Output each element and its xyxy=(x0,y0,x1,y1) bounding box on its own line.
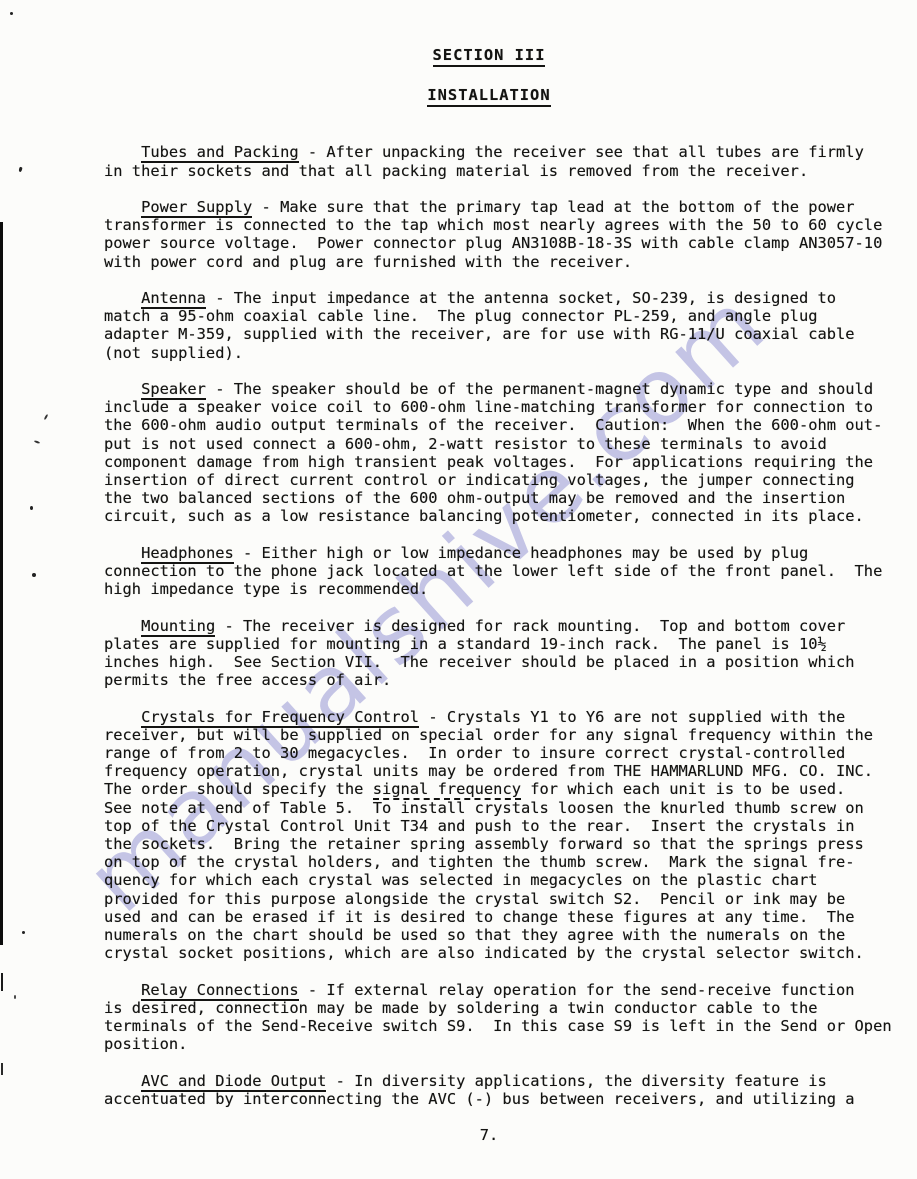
paragraph-heading: Power Supply xyxy=(141,198,252,218)
paragraph-heading: Headphones xyxy=(141,544,234,564)
paragraph-heading: Crystals for Frequency Control xyxy=(141,708,419,728)
scan-speck xyxy=(18,167,22,173)
scan-speck xyxy=(44,414,49,420)
paragraph-tubes-and-packing: Tubes and Packing - After unpacking the … xyxy=(104,143,904,179)
page-title: INSTALLATION xyxy=(427,86,550,107)
paragraph-heading: Antenna xyxy=(141,289,206,309)
paragraph-mounting: Mounting - The receiver is designed for … xyxy=(104,617,904,690)
scan-speck xyxy=(22,931,25,934)
scanned-manual-page: manualshive.com SECTION III INSTALLATION… xyxy=(0,0,917,1179)
paragraph-antenna: Antenna - The input impedance at the ant… xyxy=(104,289,904,362)
paragraph-relay-connections: Relay Connections - If external relay op… xyxy=(104,981,904,1054)
scan-speck xyxy=(34,440,40,444)
scan-edge-artifact xyxy=(1,973,3,991)
section-title-row: SECTION III xyxy=(104,46,874,67)
scan-speck xyxy=(32,573,36,577)
scan-speck xyxy=(30,506,33,510)
paragraph-crystals-for-frequency-control: Crystals for Frequency Control - Crystal… xyxy=(104,708,904,963)
paragraph-heading: Tubes and Packing xyxy=(141,143,299,163)
scan-speck xyxy=(14,995,16,999)
section-title: SECTION III xyxy=(433,46,546,67)
paragraph-heading: Mounting xyxy=(141,617,215,637)
paragraph-speaker: Speaker - The speaker should be of the p… xyxy=(104,380,904,526)
scan-speck xyxy=(10,12,13,15)
paragraph-power-supply: Power Supply - Make sure that the primar… xyxy=(104,198,904,271)
paragraph-heading: Relay Connections xyxy=(141,981,299,1001)
paragraph-headphones: Headphones - Either high or low impedanc… xyxy=(104,544,904,599)
scan-edge-bar xyxy=(0,222,3,945)
document-content: SECTION III INSTALLATION Tubes and Packi… xyxy=(104,46,904,1126)
document-header: SECTION III INSTALLATION xyxy=(104,46,874,107)
paragraph-heading: AVC and Diode Output xyxy=(141,1072,326,1092)
page-number: 7. xyxy=(104,1126,874,1144)
document-body: Tubes and Packing - After unpacking the … xyxy=(104,143,904,1108)
page-title-row: INSTALLATION xyxy=(104,86,874,107)
underlined-phrase: signal frequency xyxy=(373,780,521,800)
paragraph-heading: Speaker xyxy=(141,380,206,400)
scan-edge-artifact xyxy=(1,1063,3,1075)
paragraph-avc-and-diode-output: AVC and Diode Output - In diversity appl… xyxy=(104,1072,904,1108)
